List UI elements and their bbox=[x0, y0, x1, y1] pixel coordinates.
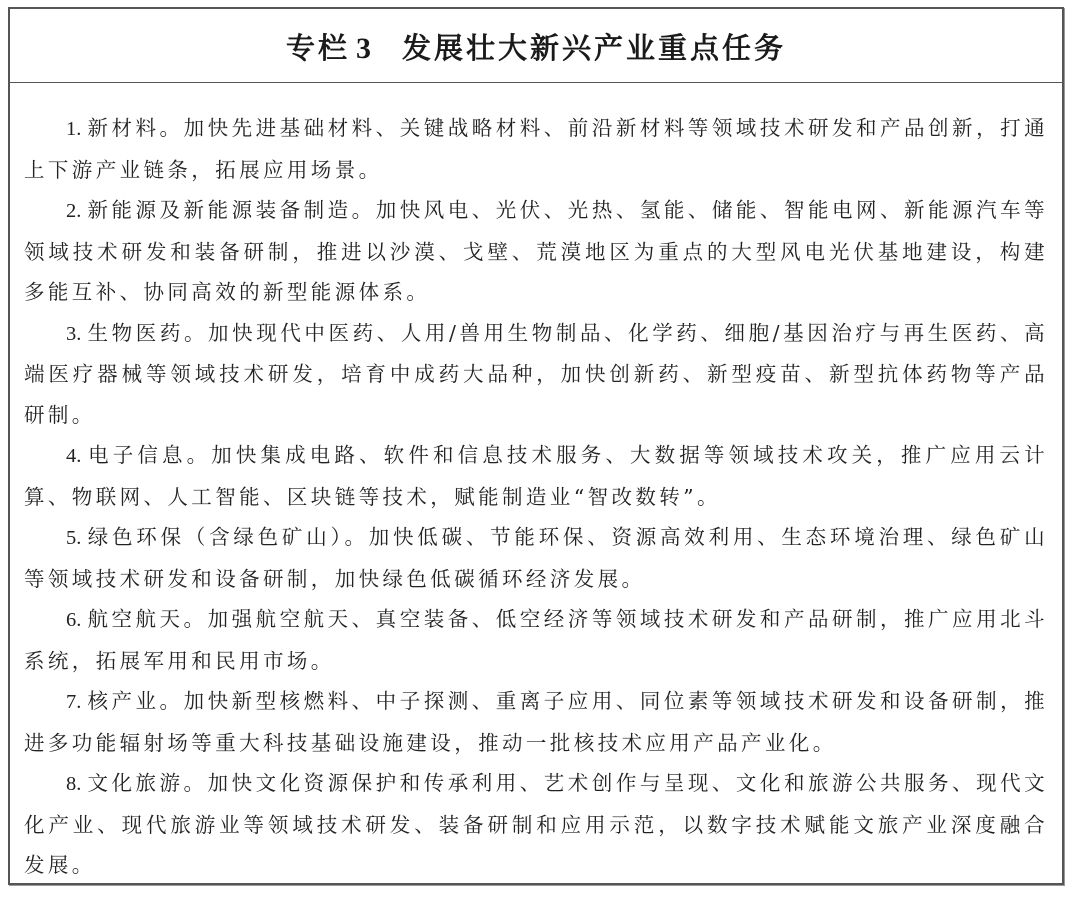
column-title-number: 3 bbox=[356, 32, 374, 65]
task-item-culture-tourism: 8.文化旅游。加快文化资源保护和传承利用、艺术创作与呈现、文化和旅游公共服务、现… bbox=[24, 763, 1048, 886]
task-heading: 新能源及新能源装备制造。 bbox=[87, 198, 375, 222]
task-number: 6. bbox=[66, 609, 81, 631]
task-item-aerospace: 6.航空航天。加强航空航天、真空装备、低空经济等领域技术研发和产品研制，推广应用… bbox=[24, 599, 1048, 681]
task-heading: 绿色环保（含绿色矿山）。 bbox=[87, 525, 368, 549]
task-heading: 核产业。 bbox=[87, 689, 183, 713]
column-title-bar: 专栏3发展壮大新兴产业重点任务 bbox=[10, 9, 1062, 83]
task-heading: 电子信息。 bbox=[87, 443, 211, 467]
task-heading: 文化旅游。 bbox=[87, 771, 207, 795]
task-item-green-environment: 5.绿色环保（含绿色矿山）。加快低碳、节能环保、资源高效利用、生态环境治理、绿色… bbox=[24, 517, 1048, 599]
task-item-new-materials: 1.新材料。加快先进基础材料、关键战略材料、前沿新材料等领域技术研发和产品创新，… bbox=[24, 108, 1048, 190]
task-number: 5. bbox=[66, 527, 81, 549]
task-item-new-energy: 2.新能源及新能源装备制造。加快风电、光伏、光热、氢能、储能、智能电网、新能源汽… bbox=[24, 190, 1048, 313]
column-title: 专栏3发展壮大新兴产业重点任务 bbox=[286, 24, 786, 67]
task-heading: 生物医药。 bbox=[87, 321, 208, 345]
column-title-prefix: 专栏 bbox=[286, 31, 350, 65]
task-number: 1. bbox=[66, 118, 81, 140]
task-number: 4. bbox=[66, 445, 81, 467]
task-number: 7. bbox=[66, 691, 81, 713]
task-item-nuclear: 7.核产业。加快新型核燃料、中子探测、重离子应用、同位素等领域技术研发和设备研制… bbox=[24, 681, 1048, 763]
task-item-electronic-information: 4.电子信息。加快集成电路、软件和信息技术服务、大数据等领域技术攻关，推广应用云… bbox=[24, 435, 1048, 517]
task-heading: 航空航天。 bbox=[87, 607, 207, 631]
column-body: 1.新材料。加快先进基础材料、关键战略材料、前沿新材料等领域技术研发和产品创新，… bbox=[10, 83, 1062, 886]
task-heading: 新材料。 bbox=[87, 116, 183, 140]
task-item-biomedicine: 3.生物医药。加快现代中医药、人用/兽用生物制品、化学药、细胞/基因治疗与再生医… bbox=[24, 313, 1048, 436]
task-number: 2. bbox=[66, 200, 81, 222]
task-number: 3. bbox=[66, 323, 81, 345]
column-title-text: 发展壮大新兴产业重点任务 bbox=[402, 31, 786, 65]
task-number: 8. bbox=[66, 773, 81, 795]
column-box: 专栏3发展壮大新兴产业重点任务 1.新材料。加快先进基础材料、关键战略材料、前沿… bbox=[8, 7, 1064, 885]
